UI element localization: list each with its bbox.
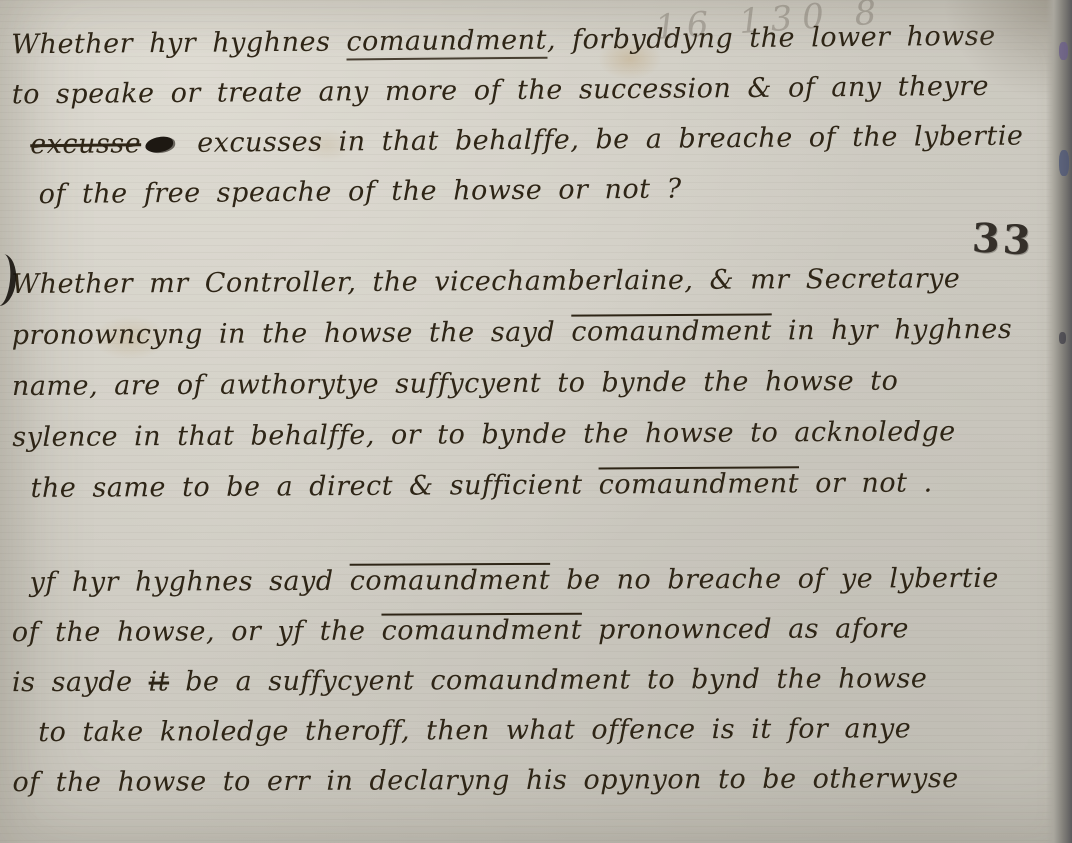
- line-text: be no breache of ye lybertie: [550, 563, 999, 596]
- line-text: be a suffycyent comaundment to bynd the …: [169, 663, 927, 697]
- struck-word: excusse: [30, 128, 141, 160]
- manuscript-page: 16 130 8 33 Whether hyr hyghnes comaundm…: [0, 0, 1072, 843]
- line-text: of the howse to err in declaryng his opy…: [12, 763, 958, 798]
- manuscript-line: yf hyr hyghnes sayd comaundment be no br…: [11, 554, 1011, 608]
- manuscript-line: of the howse to err in declaryng his opy…: [12, 754, 1012, 808]
- binding-page-edge: [1046, 0, 1072, 843]
- binding-fleck: [1059, 150, 1069, 176]
- line-text: yf hyr hyghnes sayd: [29, 566, 349, 598]
- line-text: , forbyddyng the lower howse: [547, 21, 996, 56]
- binding-fleck: [1059, 332, 1066, 344]
- line-text: or not .: [799, 467, 933, 499]
- binding-fleck: [1059, 42, 1068, 60]
- line-text: the same to be a direct & sufficient: [31, 469, 599, 503]
- line-text: name, are of awthorytye suffycyent to by…: [12, 366, 899, 402]
- manuscript-line: is sayde it be a suffycyent comaundment …: [12, 654, 1012, 708]
- struck-word: it: [149, 666, 170, 697]
- line-text: to speake or treate any more of the succ…: [12, 71, 989, 111]
- manuscript-line: to take knoledge theroff, then what offe…: [12, 704, 1012, 758]
- line-text: Whether hyr hyghnes: [11, 26, 346, 60]
- manuscript-line: to speake or treate any more of the succ…: [12, 62, 1012, 121]
- line-text: to take knoledge theroff, then what offe…: [38, 713, 911, 748]
- ink-blot: [144, 135, 174, 154]
- manuscript-line: of the howse, or yf the comaundment pron…: [12, 604, 1012, 658]
- abbreviated-word: comaundment: [571, 315, 772, 347]
- line-text: pronownced as afore: [582, 613, 909, 645]
- line-text: is sayde: [12, 667, 149, 699]
- manuscript-line: the same to be a direct & sufficient com…: [12, 457, 1012, 514]
- manuscript-line: name, are of awthorytye suffycyent to by…: [12, 355, 1012, 412]
- line-text: of the free speache of the howse or not …: [39, 174, 682, 211]
- line-text: in hyr hyghnes: [772, 314, 1013, 346]
- question-paragraph-3: yf hyr hyghnes sayd comaundment be no br…: [11, 554, 1012, 808]
- underlined-word: comaundment: [346, 25, 547, 61]
- manuscript-line: Whether mr Controller, the vicechamberla…: [11, 253, 1011, 310]
- top-right-corner-shadow: [934, 0, 1054, 110]
- manuscript-line: Whether hyr hyghnes comaundment, forbydd…: [11, 12, 1011, 71]
- manuscript-line: of the free speache of the howse or not …: [12, 162, 1012, 221]
- line-text: sylence in that behalffe, or to bynde th…: [12, 416, 956, 453]
- abbreviated-word: comaundment: [381, 615, 582, 647]
- abbreviated-word: comaundment: [350, 565, 551, 597]
- abbreviated-word: comaundment: [599, 468, 800, 500]
- manuscript-line: pronowncyng in the howse the sayd comaun…: [12, 304, 1012, 361]
- line-text: Whether mr Controller, the vicechamberla…: [11, 263, 960, 300]
- question-paragraph-2: Whether mr Controller, the vicechamberla…: [11, 253, 1013, 514]
- line-text: of the howse, or yf the: [12, 616, 382, 649]
- manuscript-line: excusse excusses in that behalffe, be a …: [12, 112, 1012, 171]
- manuscript-line: sylence in that behalffe, or to bynde th…: [12, 406, 1012, 463]
- line-text: pronowncyng in the howse the sayd: [12, 317, 572, 351]
- question-paragraph-1: Whether hyr hyghnes comaundment, forbydd…: [11, 12, 1013, 221]
- line-text: excusses in that behalffe, be a breache …: [181, 121, 1024, 159]
